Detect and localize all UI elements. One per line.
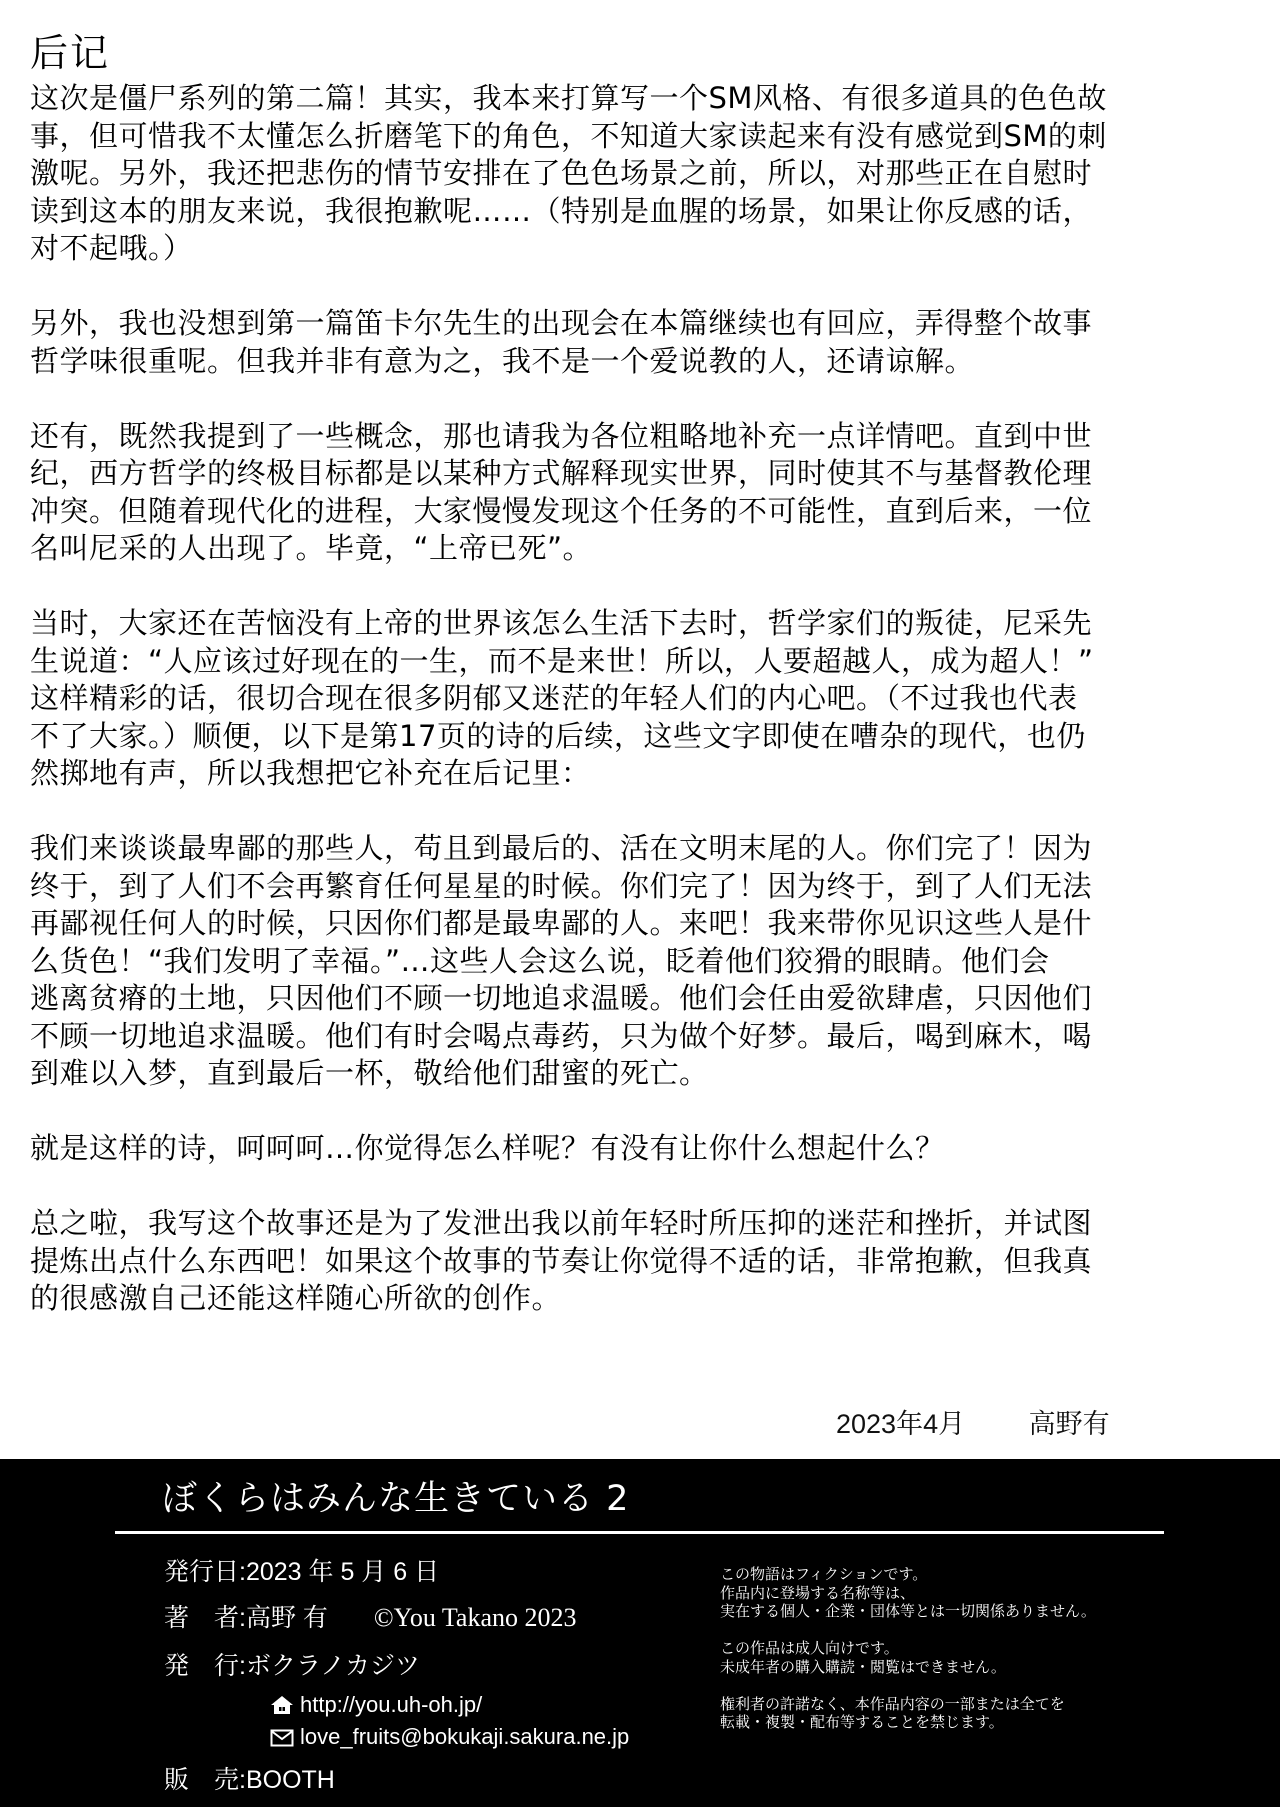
notice-line: この作品は成人向けです。 [720,1639,1096,1658]
text-line: 冲突。但随着现代化的进程，大家慢慢发现这个任务的不可能性，直到后来，一位 [30,493,1260,531]
text-line: 再鄙视任何人的时候，只因你们都是最卑鄙的人。来吧！我来带你见识这些人是什 [30,905,1260,943]
publisher-label: 発 行: [164,1646,246,1682]
text-line: 读到这本的朋友来说，我很抱歉呢……（特别是血腥的场景，如果让你反感的话， [30,193,1260,231]
text-line: 终于，到了人们不会再繁育任何星星的时候。你们完了！因为终于，到了人们无法 [30,868,1260,906]
author-row: 著 者:高野 有©You Takano 2023 [164,1598,577,1634]
publish-date-label: 発行日: [164,1552,246,1588]
notice-line: 転載・複製・配布等することを禁じます。 [720,1713,1096,1732]
text-line: 另外，我也没想到第一篇笛卡尔先生的出现会在本篇继续也有回应，弄得整个故事 [30,305,1260,343]
text-line: 对不起哦。） [30,230,1260,268]
notice-line: 権利者の許諾なく、本作品内容の一部または全てを [720,1695,1096,1714]
publisher-row: 発 行:ボクラノカジツ [164,1646,420,1682]
signature-author: 高野有 [1029,1409,1110,1439]
text-line: 纪，西方哲学的终极目标都是以某种方式解释现实世界，同时使其不与基督教伦理 [30,455,1260,493]
signature-date: 2023年4月 [836,1409,965,1439]
text-line: 名叫尼采的人出现了。毕竟，“上帝已死”。 [30,530,1260,568]
notice-line: この物語はフィクションです。 [720,1565,1096,1584]
notice-adult: この作品は成人向けです。 未成年者の購入購読・閲覧はできません。 [720,1639,1096,1676]
home-icon [270,1695,294,1721]
text-line: 的很感激自己还能这样随心所欲的创作。 [30,1280,1260,1318]
sale-label: 販 売: [164,1760,246,1796]
publisher-value: ボクラノカジツ [246,1652,420,1680]
notice-line: 実在する個人・企業・団体等とは一切関係ありません。 [720,1602,1096,1621]
text-line: 哲学味很重呢。但我并非有意为之，我不是一个爱说教的人，还请谅解。 [30,343,1260,381]
text-line: 当时，大家还在苦恼没有上帝的世界该怎么生活下去时，哲学家们的叛徒，尼采先 [30,605,1260,643]
paragraph-philosophy: 还有，既然我提到了一些概念，那也请我为各位粗略地补充一点详情吧。直到中世 纪，西… [30,418,1260,568]
sale-row: 販 売:BOOTH [164,1760,335,1796]
paragraph-intro: 这次是僵尸系列的第二篇！其实，我本来打算写一个SM风格、有很多道具的色色故 事，… [30,80,1260,268]
paragraph-descartes: 另外，我也没想到第一篇笛卡尔先生的出现会在本篇继续也有回应，弄得整个故事 哲学味… [30,305,1260,380]
text-line: 生说道：“人应该过好现在的一生，而不是来世！所以，人要超越人，成为超人！” [30,643,1260,681]
author-value: 高野 有 [246,1604,328,1632]
notice-line: 作品内に登場する名称等は、 [720,1584,1096,1603]
signature: 2023年4月 高野有 [836,1406,1110,1442]
email-link[interactable]: love_fruits@bokukaji.sakura.ne.jp [300,1724,629,1749]
text-line: 逃离贫瘠的土地，只因他们不顾一切地追求温暖。他们会任由爱欲肆虐，只因他们 [30,980,1260,1018]
text-line: 然掷地有声，所以我想把它补充在后记里： [30,755,1260,793]
text-line: 这次是僵尸系列的第二篇！其实，我本来打算写一个SM风格、有很多道具的色色故 [30,80,1260,118]
afterword-section: 后记 这次是僵尸系列的第二篇！其实，我本来打算写一个SM风格、有很多道具的色色故… [30,28,1260,1355]
publish-date-row: 発行日:2023 年 5 月 6 日 [164,1552,439,1588]
notice-fiction: この物語はフィクションです。 作品内に登場する名称等は、 実在する個人・企業・団… [720,1565,1096,1621]
paragraph-poem: 我们来谈谈最卑鄙的那些人，苟且到最后的、活在文明末尾的人。你们完了！因为 终于，… [30,830,1260,1093]
publish-date-value: 2023 年 5 月 6 日 [246,1558,439,1586]
title-divider [115,1531,1164,1534]
text-line: 事，但可惜我不太懂怎么折磨笔下的角色，不知道大家读起来有没有感觉到SM的刺 [30,118,1260,156]
copyright-notice: ©You Takano 2023 [374,1603,577,1632]
mail-icon [270,1727,294,1753]
paragraph-nietzsche: 当时，大家还在苦恼没有上帝的世界该怎么生活下去时，哲学家们的叛徒，尼采先 生说道… [30,605,1260,793]
website-link[interactable]: http://you.uh-oh.jp/ [300,1692,482,1717]
colophon: ぼくらはみんな生きている 2 発行日:2023 年 5 月 6 日 著 者:高野… [0,1459,1280,1807]
sale-value: BOOTH [246,1766,335,1794]
notice-line: 未成年者の購入購読・閲覧はできません。 [720,1658,1096,1677]
text-line: 么货色！“我们发明了幸福。”…这些人会这么说，眨着他们狡猾的眼睛。他们会 [30,943,1260,981]
text-line: 激呢。另外，我还把悲伤的情节安排在了色色场景之前，所以，对那些正在自慰时 [30,155,1260,193]
text-line: 不了大家。）顺便，以下是第17页的诗的后续，这些文字即使在嘈杂的现代，也仍 [30,718,1260,756]
website-row[interactable]: http://you.uh-oh.jp/ [270,1692,482,1721]
author-label: 著 者: [164,1598,246,1634]
text-line: 这样精彩的话，很切合现在很多阴郁又迷茫的年轻人们的内心吧。（不过我也代表 [30,680,1260,718]
email-row[interactable]: love_fruits@bokukaji.sakura.ne.jp [270,1724,629,1753]
book-title: ぼくらはみんな生きている 2 [162,1477,629,1521]
paragraph-closing: 总之啦，我写这个故事还是为了发泄出我以前年轻时所压抑的迷茫和挫折，并试图 提炼出… [30,1205,1260,1318]
text-line: 总之啦，我写这个故事还是为了发泄出我以前年轻时所压抑的迷茫和挫折，并试图 [30,1205,1260,1243]
text-line: 不顾一切地追求温暖。他们有时会喝点毒药，只为做个好梦。最后，喝到麻木，喝 [30,1018,1260,1056]
afterword-title: 后记 [30,28,1260,78]
notice-copyright: 権利者の許諾なく、本作品内容の一部または全てを 転載・複製・配布等することを禁じ… [720,1695,1096,1732]
text-line: 我们来谈谈最卑鄙的那些人，苟且到最后的、活在文明末尾的人。你们完了！因为 [30,830,1260,868]
paragraph-question: 就是这样的诗，呵呵呵…你觉得怎么样呢？有没有让你什么想起什么？ [30,1130,1260,1168]
text-line: 到难以入梦，直到最后一杯，敬给他们甜蜜的死亡。 [30,1055,1260,1093]
text-line: 就是这样的诗，呵呵呵…你觉得怎么样呢？有没有让你什么想起什么？ [30,1130,1260,1168]
legal-notices: この物語はフィクションです。 作品内に登場する名称等は、 実在する個人・企業・団… [720,1565,1096,1750]
text-line: 提炼出点什么东西吧！如果这个故事的节奏让你觉得不适的话，非常抱歉，但我真 [30,1243,1260,1281]
text-line: 还有，既然我提到了一些概念，那也请我为各位粗略地补充一点详情吧。直到中世 [30,418,1260,456]
